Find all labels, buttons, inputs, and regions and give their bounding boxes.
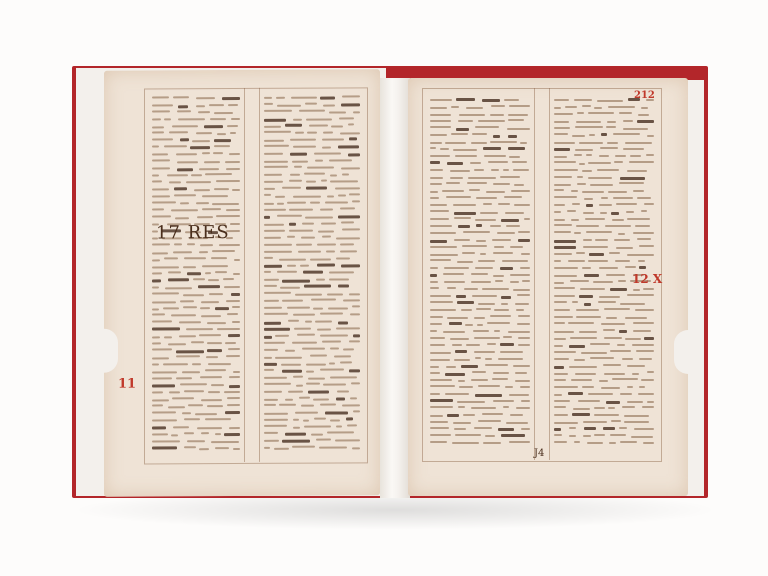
handwriting-stroke <box>302 222 314 224</box>
handwriting-stroke <box>474 337 500 339</box>
handwriting-stroke <box>217 133 226 135</box>
handwriting-stroke <box>606 274 625 276</box>
handwriting-stroke <box>152 301 176 303</box>
handwriting-stroke <box>264 166 288 168</box>
handwriting-stroke <box>152 104 173 106</box>
handwriting-stroke <box>554 246 576 249</box>
handwriting-stroke <box>231 293 240 296</box>
handwriting-stroke <box>554 240 576 243</box>
handwriting-stroke <box>264 216 270 219</box>
handwriting-stroke <box>152 314 165 316</box>
handwriting-stroke <box>482 413 503 415</box>
handwriting-stroke <box>483 203 492 205</box>
handwriting-stroke <box>554 176 572 178</box>
handwriting-stroke <box>607 121 616 123</box>
handwriting-stroke <box>513 365 530 367</box>
handwriting-stroke <box>152 216 171 218</box>
right-corner-number: 212 <box>634 90 655 101</box>
handwriting-stroke <box>615 155 626 157</box>
handwriting-stroke <box>623 120 634 122</box>
handwriting-stroke <box>182 413 191 415</box>
handwriting-stroke <box>211 257 227 259</box>
handwriting-stroke <box>152 118 161 120</box>
handwriting-stroke <box>430 366 439 368</box>
handwriting-stroke <box>264 292 291 294</box>
handwriting-stroke <box>463 231 490 233</box>
handwriting-stroke <box>214 139 231 142</box>
handwriting-stroke <box>604 308 631 310</box>
handwriting-stroke <box>224 286 240 288</box>
handwriting-stroke <box>631 436 653 438</box>
handwriting-stroke <box>554 267 578 269</box>
handwriting-stroke <box>200 244 213 246</box>
handwriting-stroke <box>601 323 625 325</box>
handwriting-stroke <box>338 195 346 197</box>
handwriting-stroke <box>207 349 222 352</box>
handwriting-stroke <box>458 225 470 228</box>
handwriting-stroke <box>570 280 589 282</box>
handwriting-stroke <box>303 271 323 274</box>
handwriting-stroke <box>579 142 602 144</box>
handwriting-stroke <box>623 148 643 150</box>
handwriting-stroke <box>474 351 495 353</box>
handwriting-stroke <box>352 305 360 307</box>
handwriting-stroke <box>620 441 636 443</box>
handwriting-stroke <box>292 446 315 448</box>
handwriting-stroke <box>178 105 188 108</box>
handwriting-stroke <box>576 309 599 311</box>
handwriting-stroke <box>176 153 198 155</box>
handwriting-stroke <box>601 133 608 136</box>
handwriting-stroke <box>473 330 489 332</box>
handwriting-stroke <box>319 447 347 449</box>
handwriting-stroke <box>340 132 360 134</box>
handwriting-stroke <box>487 343 496 345</box>
handwriting-stroke <box>445 393 469 395</box>
handwriting-stroke <box>454 212 476 215</box>
handwriting-stroke <box>430 427 449 429</box>
handwriting-stroke <box>226 168 240 170</box>
handwriting-stroke <box>619 182 644 184</box>
handwriting-stroke <box>306 187 328 190</box>
handwriting-stroke <box>198 285 219 288</box>
handwriting-stroke <box>315 320 332 322</box>
handwriting-stroke <box>198 111 209 113</box>
handwriting-stroke <box>152 126 164 128</box>
handwriting-stroke <box>293 427 300 429</box>
handwriting-stroke <box>644 203 654 205</box>
handwriting-stroke <box>264 257 273 259</box>
handwriting-stroke <box>208 279 219 281</box>
handwriting-stroke <box>331 125 343 127</box>
handwriting-stroke <box>323 384 347 386</box>
handwriting-stroke <box>291 96 317 98</box>
handwriting-stroke <box>554 331 574 333</box>
handwriting-stroke <box>520 386 530 388</box>
handwriting-stroke <box>583 421 607 423</box>
handwriting-stroke <box>316 439 331 441</box>
handwriting-stroke <box>232 306 240 308</box>
handwriting-stroke <box>483 442 500 444</box>
handwriting-stroke <box>472 295 496 297</box>
handwriting-stroke <box>646 154 654 156</box>
handwriting-stroke <box>618 233 625 235</box>
handwriting-stroke <box>492 239 511 241</box>
handwriting-stroke <box>172 126 198 128</box>
handwriting-stroke <box>430 379 452 381</box>
handwriting-stroke <box>638 114 649 116</box>
handwriting-stroke <box>300 265 309 267</box>
handwriting-stroke <box>285 124 302 127</box>
handwriting-stroke <box>330 180 358 182</box>
handwriting-stroke <box>152 336 160 338</box>
handwriting-stroke <box>302 348 325 350</box>
handwriting-stroke <box>608 191 627 193</box>
handwriting-stroke <box>476 197 497 199</box>
handwriting-stroke <box>633 289 640 291</box>
handwriting-stroke <box>517 294 530 296</box>
handwriting-stroke <box>455 350 468 353</box>
handwriting-stroke <box>152 419 177 421</box>
handwriting-stroke <box>574 441 580 443</box>
handwriting-stroke <box>152 181 162 183</box>
handwriting-stroke <box>619 112 632 114</box>
handwriting-stroke <box>508 114 528 116</box>
handwriting-stroke <box>464 288 478 290</box>
handwriting-stroke <box>290 139 317 141</box>
handwriting-stroke <box>451 133 468 135</box>
handwriting-stroke <box>478 120 505 122</box>
handwriting-stroke <box>461 309 472 311</box>
handwriting-stroke <box>299 397 310 399</box>
handwriting-stroke <box>179 336 195 338</box>
handwriting-stroke <box>232 321 240 323</box>
handwriting-stroke <box>604 337 622 339</box>
handwriting-stroke <box>458 380 465 382</box>
left-column-2-text <box>264 95 360 456</box>
handwriting-stroke <box>622 406 635 408</box>
handwriting-stroke <box>452 344 463 346</box>
handwriting-stroke <box>475 357 482 359</box>
handwriting-stroke <box>478 303 495 305</box>
handwriting-stroke <box>216 180 240 182</box>
handwriting-stroke <box>264 349 278 351</box>
handwriting-stroke <box>554 107 561 109</box>
handwriting-stroke <box>603 364 621 366</box>
handwriting-stroke <box>320 313 343 315</box>
handwriting-stroke <box>490 315 512 317</box>
handwriting-stroke <box>322 236 331 238</box>
handwriting-stroke <box>446 182 459 184</box>
handwriting-stroke <box>430 393 440 395</box>
handwriting-stroke <box>309 125 328 127</box>
handwriting-stroke <box>325 201 347 203</box>
handwriting-stroke <box>554 400 570 402</box>
handwriting-stroke <box>264 103 273 105</box>
handwriting-stroke <box>639 358 652 360</box>
handwriting-stroke <box>327 432 354 434</box>
handwriting-stroke <box>573 408 590 410</box>
handwriting-stroke <box>230 132 237 134</box>
handwriting-stroke <box>462 252 475 254</box>
handwriting-stroke <box>554 379 566 381</box>
handwriting-stroke <box>625 142 652 144</box>
handwriting-stroke <box>167 175 187 177</box>
handwriting-stroke <box>191 341 203 343</box>
handwriting-stroke <box>292 160 308 162</box>
handwriting-stroke <box>509 105 530 107</box>
handwriting-stroke <box>474 169 484 171</box>
handwriting-stroke <box>201 301 219 303</box>
handwriting-stroke <box>295 293 322 295</box>
handwriting-stroke <box>554 422 578 424</box>
handwriting-stroke <box>501 303 508 305</box>
handwriting-stroke <box>430 287 439 289</box>
handwriting-stroke <box>187 272 201 275</box>
handwriting-stroke <box>197 216 213 218</box>
handwriting-stroke <box>173 96 189 98</box>
handwriting-stroke <box>452 442 478 444</box>
handwriting-stroke <box>213 152 223 154</box>
handwriting-stroke <box>608 407 616 409</box>
handwriting-stroke <box>336 426 342 428</box>
handwriting-stroke <box>310 202 320 204</box>
handwriting-stroke <box>152 287 159 289</box>
handwriting-stroke <box>330 348 340 350</box>
handwriting-stroke <box>508 119 524 121</box>
handwriting-stroke <box>279 404 296 406</box>
handwriting-stroke <box>430 120 451 122</box>
handwriting-stroke <box>322 146 331 148</box>
handwriting-stroke <box>450 177 463 179</box>
handwriting-stroke <box>207 405 223 407</box>
handwriting-stroke <box>202 195 228 197</box>
handwriting-stroke <box>493 372 509 374</box>
handwriting-stroke <box>314 418 325 420</box>
handwriting-stroke <box>554 196 577 198</box>
handwriting-stroke <box>152 405 163 407</box>
handwriting-stroke <box>196 202 208 204</box>
handwriting-stroke <box>611 420 622 422</box>
handwriting-stroke <box>264 131 291 133</box>
handwriting-stroke <box>517 323 530 325</box>
handwriting-stroke <box>443 331 465 333</box>
handwriting-stroke <box>186 181 210 183</box>
handwriting-stroke <box>504 99 519 101</box>
handwriting-stroke <box>508 331 530 333</box>
handwriting-stroke <box>459 114 484 116</box>
handwriting-stroke <box>264 153 283 155</box>
handwriting-stroke <box>554 428 561 431</box>
handwriting-stroke <box>228 334 240 337</box>
handwriting-stroke <box>317 328 331 330</box>
handwriting-stroke <box>285 433 306 436</box>
handwriting-stroke <box>430 197 439 199</box>
handwriting-stroke <box>430 406 453 408</box>
handwriting-stroke <box>447 317 468 319</box>
handwriting-stroke <box>482 288 509 290</box>
handwriting-stroke <box>430 114 451 116</box>
handwriting-stroke <box>342 229 360 231</box>
handwriting-stroke <box>494 309 510 311</box>
handwriting-stroke <box>317 264 335 267</box>
handwriting-stroke <box>476 240 486 242</box>
handwriting-stroke <box>264 357 272 359</box>
handwriting-stroke <box>430 218 449 220</box>
handwriting-stroke <box>152 308 159 310</box>
handwriting-stroke <box>451 106 458 108</box>
handwriting-stroke <box>600 147 618 149</box>
left-page-heading: 17 RES <box>156 222 230 243</box>
handwriting-stroke <box>338 215 360 218</box>
handwriting-stroke <box>326 251 335 253</box>
handwriting-stroke <box>501 434 524 437</box>
handwriting-stroke <box>575 126 602 128</box>
handwriting-stroke <box>320 208 334 210</box>
handwriting-stroke <box>624 421 649 423</box>
handwriting-stroke <box>264 244 292 246</box>
handwriting-stroke <box>582 191 604 193</box>
handwriting-stroke <box>501 219 519 222</box>
handwriting-stroke <box>277 203 284 205</box>
handwriting-stroke <box>214 188 229 190</box>
handwriting-stroke <box>442 190 464 192</box>
handwriting-stroke <box>504 196 522 198</box>
handwriting-stroke <box>430 309 456 311</box>
handwriting-stroke <box>264 140 284 142</box>
handwriting-stroke <box>430 246 457 248</box>
handwriting-stroke <box>152 441 180 443</box>
handwriting-stroke <box>329 278 349 280</box>
handwriting-stroke <box>290 153 307 156</box>
handwriting-stroke <box>183 307 197 309</box>
handwriting-stroke <box>264 391 282 393</box>
handwriting-stroke <box>321 222 336 224</box>
handwriting-stroke <box>554 224 572 226</box>
handwriting-stroke <box>264 322 281 325</box>
handwriting-stroke <box>430 359 450 361</box>
handwriting-stroke <box>493 275 504 277</box>
handwriting-stroke <box>554 189 564 191</box>
handwriting-stroke <box>446 196 471 198</box>
handwriting-stroke <box>152 280 161 283</box>
handwriting-stroke <box>647 371 654 373</box>
handwriting-stroke <box>430 316 443 318</box>
handwriting-stroke <box>466 107 483 109</box>
handwriting-stroke <box>330 377 357 379</box>
handwriting-stroke <box>208 391 220 393</box>
handwriting-stroke <box>342 173 349 175</box>
handwriting-stroke <box>455 155 477 157</box>
handwriting-stroke <box>264 363 277 366</box>
handwriting-stroke <box>233 371 240 373</box>
handwriting-stroke <box>493 135 500 138</box>
handwriting-stroke <box>336 397 345 400</box>
handwriting-stroke <box>633 232 654 234</box>
handwriting-stroke <box>430 352 451 354</box>
handwriting-stroke <box>588 393 613 395</box>
handwriting-stroke <box>577 112 584 114</box>
handwriting-stroke <box>152 273 162 275</box>
handwriting-stroke <box>474 427 493 429</box>
handwriting-stroke <box>330 174 337 176</box>
handwriting-stroke <box>338 321 348 324</box>
handwriting-stroke <box>323 104 335 106</box>
handwriting-stroke <box>521 253 530 255</box>
handwriting-stroke <box>554 351 576 353</box>
handwriting-stroke <box>478 385 500 387</box>
handwriting-stroke <box>503 336 511 338</box>
handwriting-stroke <box>228 348 240 350</box>
handwriting-stroke <box>430 281 438 283</box>
handwriting-stroke <box>229 153 240 155</box>
handwriting-stroke <box>603 329 615 331</box>
handwriting-stroke <box>310 258 331 260</box>
handwriting-stroke <box>569 345 584 348</box>
handwriting-stroke <box>264 161 288 163</box>
handwriting-stroke <box>586 154 593 156</box>
handwriting-stroke <box>341 264 360 267</box>
handwriting-stroke <box>521 400 530 402</box>
handwriting-stroke <box>456 295 466 298</box>
handwriting-stroke <box>287 306 310 308</box>
handwriting-stroke <box>500 351 523 353</box>
handwriting-stroke <box>264 230 285 232</box>
handwriting-stroke <box>459 386 472 388</box>
handwriting-stroke <box>515 372 527 374</box>
handwriting-stroke <box>627 170 647 172</box>
handwriting-stroke <box>594 414 619 416</box>
handwriting-stroke <box>462 245 487 247</box>
handwriting-stroke <box>183 266 196 268</box>
handwriting-stroke <box>152 364 159 366</box>
handwriting-stroke <box>627 294 654 296</box>
handwriting-stroke <box>518 231 530 233</box>
handwriting-stroke <box>641 379 654 381</box>
left-column-divider <box>244 88 260 462</box>
handwriting-stroke <box>565 106 576 108</box>
handwriting-stroke <box>234 259 240 261</box>
handwriting-stroke <box>205 272 211 274</box>
handwriting-stroke <box>205 369 226 371</box>
handwriting-stroke <box>625 266 636 268</box>
handwriting-stroke <box>187 243 195 245</box>
handwriting-stroke <box>264 412 288 414</box>
handwriting-stroke <box>506 225 520 227</box>
handwriting-stroke <box>554 386 578 388</box>
handwriting-stroke <box>164 146 187 148</box>
handwriting-stroke <box>584 198 593 200</box>
handwriting-stroke <box>554 309 570 311</box>
handwriting-stroke <box>320 97 335 100</box>
handwriting-stroke <box>612 219 623 221</box>
handwriting-stroke <box>275 196 285 198</box>
handwriting-stroke <box>609 442 616 444</box>
right-margin-note: 12 X <box>632 272 662 286</box>
handwriting-stroke <box>475 394 501 397</box>
handwriting-stroke <box>554 260 561 262</box>
handwriting-stroke <box>174 195 196 197</box>
handwriting-stroke <box>294 327 311 329</box>
handwriting-stroke <box>209 104 224 106</box>
handwriting-stroke <box>577 183 586 185</box>
handwriting-stroke <box>285 350 295 352</box>
handwriting-stroke <box>510 246 523 248</box>
handwriting-stroke <box>461 365 479 368</box>
handwriting-stroke <box>430 344 445 346</box>
handwriting-stroke <box>293 418 299 420</box>
handwriting-stroke <box>636 350 654 352</box>
